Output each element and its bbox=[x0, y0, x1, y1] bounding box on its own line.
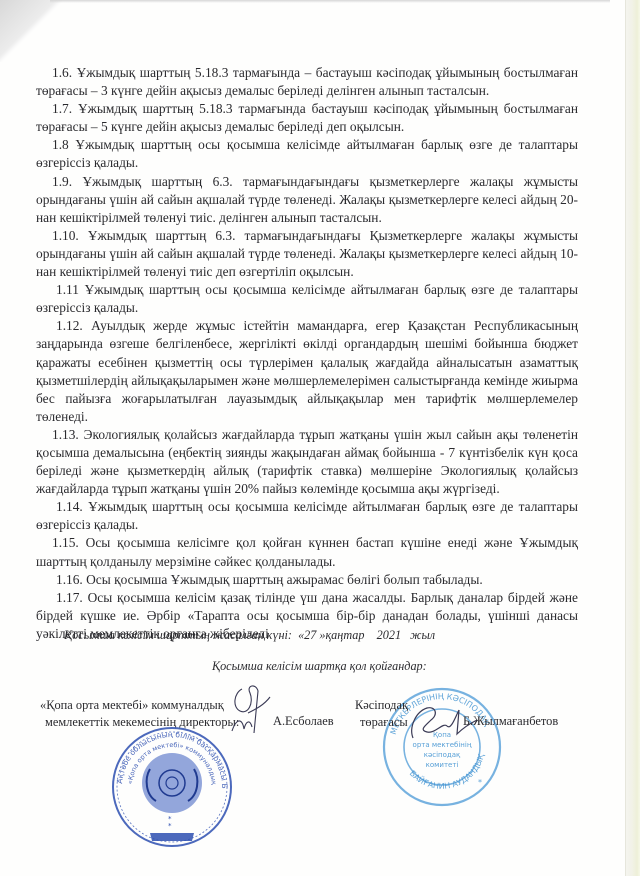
paragraph-1-7: 1.7. Ұжымдық шарттың 5.18.3 тармағында б… bbox=[36, 100, 578, 136]
paragraph-1-8: 1.8 Ұжымдық шарттың осы қосымша келісімд… bbox=[36, 136, 578, 172]
director-name: А.Есболаев bbox=[273, 714, 334, 729]
date-month: қаңтар bbox=[325, 628, 364, 642]
agreement-date-line: Қосымша келісім шарттың жасалған күні: «… bbox=[64, 628, 435, 643]
svg-text:*: * bbox=[168, 822, 172, 830]
union-chair-title-line2: төрағасы bbox=[355, 714, 408, 731]
paragraph-1-16: 1.16. Осы қосымша Ұжымдық шарттың ажырам… bbox=[36, 571, 578, 589]
union-chair-title-line1: Кәсіподақ bbox=[355, 697, 408, 714]
paragraph-1-11: 1.11 Ұжымдық шарттың осы қосымша келісім… bbox=[36, 281, 578, 317]
svg-text:комитеті: комитеті bbox=[426, 761, 459, 769]
paragraph-1-10: 1.10. Ұжымдық шарттың 6.3. тармағындағын… bbox=[36, 227, 578, 281]
paragraph-1-14: 1.14. Ұжымдық шарттың осы қосымша келісі… bbox=[36, 498, 578, 534]
paragraph-1-6: 1.6. Ұжымдық шарттың 5.18.3 тармағында –… bbox=[36, 64, 578, 100]
scanned-page: 1.6. Ұжымдық шарттың 5.18.3 тармағында –… bbox=[0, 0, 640, 876]
page-right-edge bbox=[625, 0, 640, 876]
paragraph-1-9: 1.9. Ұжымдық шарттың 6.3. тармағындағынд… bbox=[36, 173, 578, 227]
date-day: «27 » bbox=[298, 628, 325, 642]
signatories-heading: Қосымша келісім шартқа қол қойғандар: bbox=[212, 659, 427, 674]
paragraph-1-13: 1.13. Экологиялық қолайсыз жағдайларда т… bbox=[36, 426, 578, 498]
date-year: 2021 bbox=[377, 628, 401, 642]
director-title-line1: «Қопа орта мектебі» коммуналдық bbox=[40, 697, 239, 714]
date-label: Қосымша келісім шарттың жасалған күні: bbox=[64, 628, 292, 642]
document-body: 1.6. Ұжымдық шарттың 5.18.3 тармағында –… bbox=[36, 64, 578, 643]
page-corner-fold bbox=[0, 0, 62, 62]
paragraph-1-12: 1.12. Ауылдық жерде жұмыс істейтін маман… bbox=[36, 317, 578, 426]
union-chair-title: Кәсіподақ төрағасы bbox=[355, 697, 408, 731]
school-official-stamp: Ақтөбе облысының білім басқармасы Байған… bbox=[110, 725, 235, 850]
union-chair-name: Б.Жылмағанбетов bbox=[463, 714, 558, 729]
svg-text:*: * bbox=[478, 778, 482, 787]
date-suffix: жыл bbox=[410, 628, 435, 642]
paragraph-1-15: 1.15. Осы қосымша келісімге қол қойған к… bbox=[36, 534, 578, 570]
page-top-shadow bbox=[50, 0, 610, 3]
svg-text:кәсіподақ: кәсіподақ bbox=[424, 751, 461, 759]
